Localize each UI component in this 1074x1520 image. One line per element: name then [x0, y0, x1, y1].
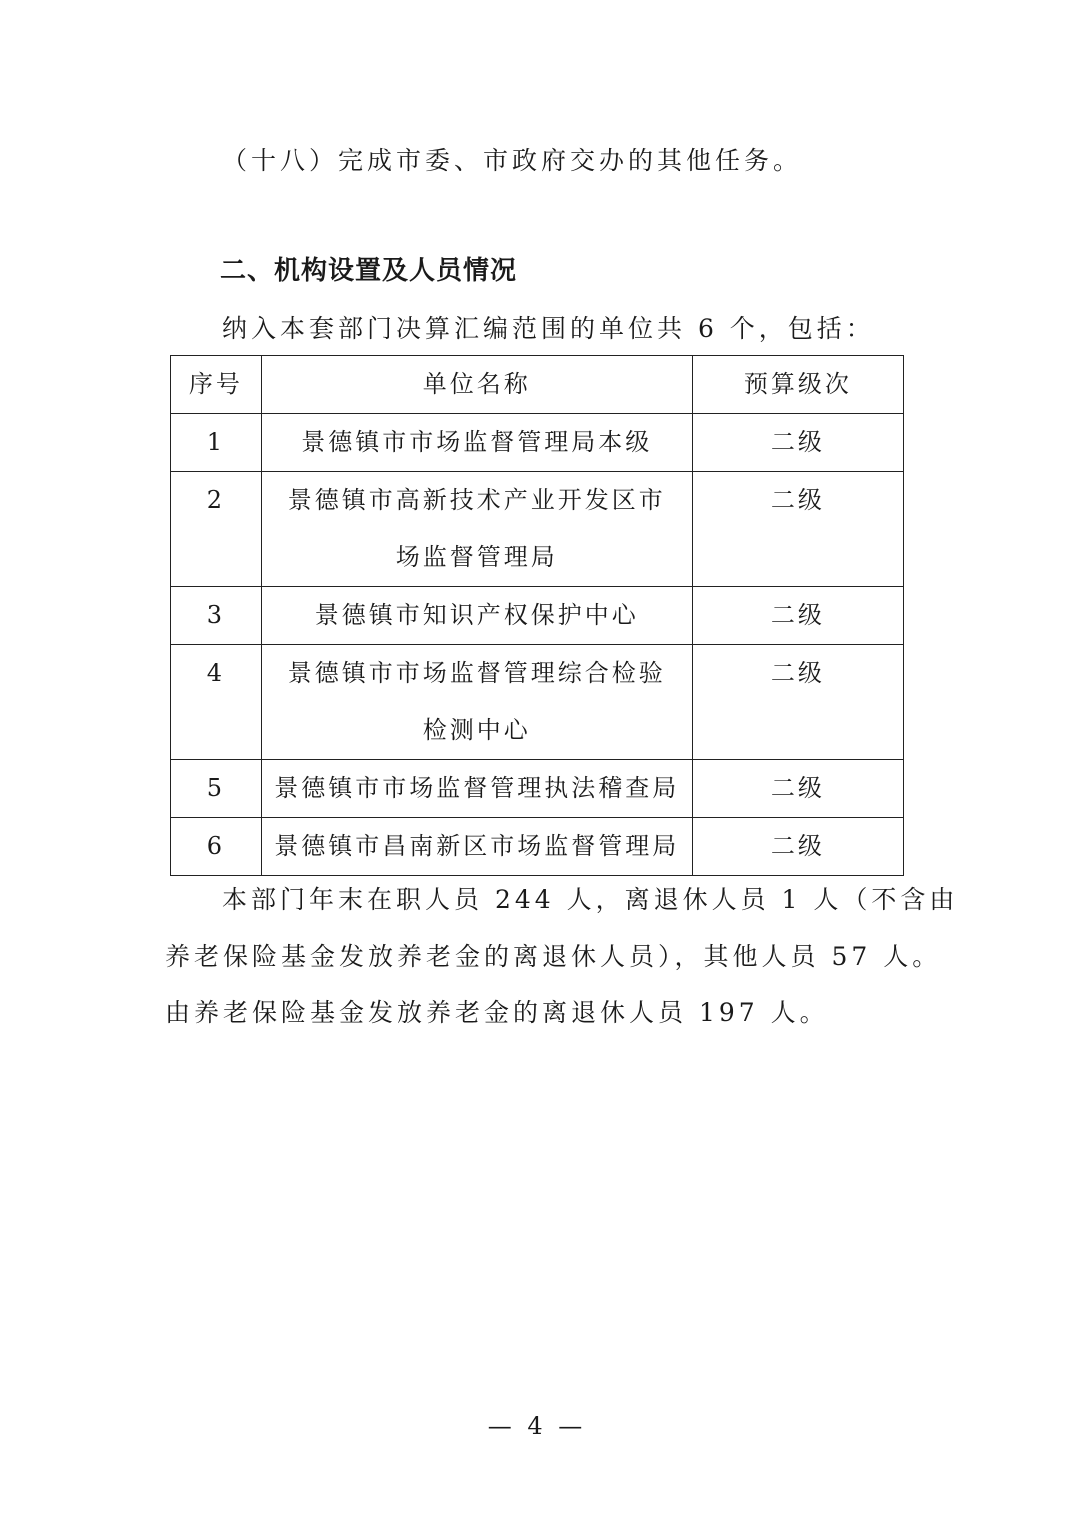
unit-name: 景德镇市市场监督管理综合检验检测中心 — [269, 645, 685, 759]
staff-line-1: 本部门年末在职人员 244 人，离退休人员 1 人（不含由 — [222, 884, 958, 916]
unit-name: 景德镇市市场监督管理局本级 — [262, 414, 692, 471]
table-row: 2 景德镇市高新技术产业开发区市场监督管理局 二级 — [171, 472, 904, 587]
staff-line-2: 养老保险基金发放养老金的离退休人员），其他人员 57 人。 — [165, 941, 941, 973]
item-18-text: （十八）完成市委、市政府交办的其他任务。 — [222, 145, 802, 177]
unit-name: 景德镇市昌南新区市场监督管理局 — [262, 818, 692, 875]
row-level: 二级 — [692, 472, 903, 587]
table-row: 1 景德镇市市场监督管理局本级 二级 — [171, 414, 904, 472]
unit-name: 景德镇市市场监督管理执法稽查局 — [262, 760, 692, 817]
row-no: 2 — [171, 472, 262, 587]
row-name: 景德镇市市场监督管理执法稽查局 — [261, 760, 692, 818]
row-level: 二级 — [692, 645, 903, 760]
row-level: 二级 — [692, 414, 903, 472]
row-name: 景德镇市市场监督管理综合检验检测中心 — [261, 645, 692, 760]
row-no: 3 — [171, 587, 262, 645]
row-no: 4 — [171, 645, 262, 760]
row-level: 二级 — [692, 587, 903, 645]
row-level: 二级 — [692, 818, 903, 876]
row-name: 景德镇市市场监督管理局本级 — [261, 414, 692, 472]
row-no: 5 — [171, 760, 262, 818]
table-row: 5 景德镇市市场监督管理执法稽查局 二级 — [171, 760, 904, 818]
unit-name: 景德镇市高新技术产业开发区市场监督管理局 — [269, 472, 685, 586]
unit-name: 景德镇市知识产权保护中心 — [262, 587, 692, 644]
intro-text: 纳入本套部门决算汇编范围的单位共 6 个，包括： — [222, 313, 875, 345]
section-heading: 二、机构设置及人员情况 — [220, 255, 517, 287]
header-level: 预算级次 — [692, 356, 903, 414]
row-name: 景德镇市知识产权保护中心 — [261, 587, 692, 645]
staff-line-3: 由养老保险基金发放养老金的离退休人员 197 人。 — [165, 997, 829, 1029]
row-level: 二级 — [692, 760, 903, 818]
table-row: 6 景德镇市昌南新区市场监督管理局 二级 — [171, 818, 904, 876]
header-name: 单位名称 — [261, 356, 692, 414]
row-no: 6 — [171, 818, 262, 876]
row-no: 1 — [171, 414, 262, 472]
table-header-row: 序号 单位名称 预算级次 — [171, 356, 904, 414]
units-table: 序号 单位名称 预算级次 1 景德镇市市场监督管理局本级 二级 2 景德镇市高新… — [170, 355, 904, 876]
header-no: 序号 — [171, 356, 262, 414]
page-number: — 4 — — [0, 1412, 1074, 1440]
table-row: 3 景德镇市知识产权保护中心 二级 — [171, 587, 904, 645]
table-row: 4 景德镇市市场监督管理综合检验检测中心 二级 — [171, 645, 904, 760]
row-name: 景德镇市高新技术产业开发区市场监督管理局 — [261, 472, 692, 587]
row-name: 景德镇市昌南新区市场监督管理局 — [261, 818, 692, 876]
